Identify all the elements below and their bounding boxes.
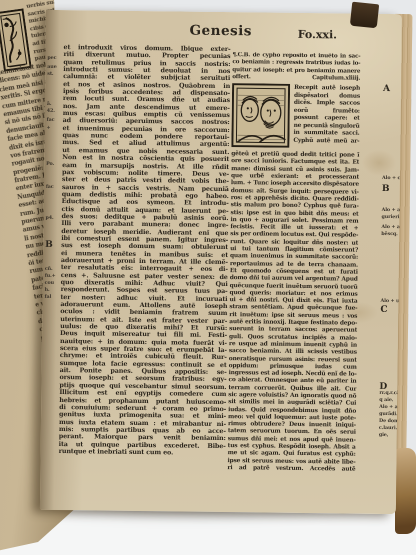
text-line: Cyphũ autẽ meũ ar- — [293, 137, 359, 145]
margin-note: gie, — [379, 432, 389, 438]
margin-note: pec — [47, 55, 56, 61]
margin-note: 42. — [47, 108, 55, 114]
chapter-summary-end: offert. Capitulum.xliiij. — [232, 74, 360, 83]
margin-note: q aie. — [379, 397, 393, 403]
chapter-summary: ¶.C.B. de cypho reposito et inuẽto in sa… — [232, 52, 360, 75]
margin-note: fu.+ — [45, 273, 56, 279]
margin-note: gurieri. — [381, 214, 401, 220]
summary-offert: offert. — [232, 74, 251, 82]
margin-note: Alo + cã. — [382, 175, 402, 181]
recto-page: Genesis Fo.xxi. pecauest.ã.42.fac+Po.fac… — [40, 10, 402, 514]
margin-note: ã. — [47, 101, 52, 107]
right-column-body: gẽteũ et pretiũ quod dedit tritici pone … — [227, 150, 359, 473]
text-line: ri ad patrẽ vestrum. Accedẽs autẽ propiu… — [227, 464, 355, 473]
margin-note: aue — [47, 64, 56, 70]
margin-note: rr.q.r.cã — [379, 390, 399, 396]
margin-note: cñ. — [45, 266, 53, 272]
text-line: quitur ad ioseph: et pro beniamin manere… — [232, 67, 360, 76]
margin-note: st. — [47, 71, 53, 77]
margin-note: fac — [46, 184, 54, 190]
margin-note: fal — [44, 294, 51, 300]
left-text-column: et introduxit viros domum. Ibique exter-… — [59, 44, 231, 457]
folio-number: Fo.xxi. — [298, 28, 337, 41]
margin-note: fac — [47, 117, 55, 123]
fore-edge-curl — [395, 448, 416, 534]
margin-note: B — [45, 240, 53, 250]
margin-note: bẽscq. — [381, 231, 398, 237]
margin-note: B — [382, 184, 390, 194]
margin-note: cou — [45, 280, 54, 286]
margin-note: Alo + au — [382, 207, 402, 213]
wrap-text-lines: Recepit autẽ iosephdispẽsatori domus sue… — [289, 84, 360, 149]
margin-note: + — [47, 125, 51, 131]
margin-note: h. — [45, 287, 50, 293]
margin-note: A — [383, 84, 390, 94]
margin-note: p4. — [45, 215, 53, 221]
margin-note: Alo + aps — [381, 224, 402, 230]
margin-note: gurãdi. — [379, 411, 398, 417]
book-photo: uerbis suãsacris referẽdomichi: respõdic… — [0, 0, 416, 555]
bookmark-tab — [350, 2, 379, 29]
margin-note: C — [380, 305, 387, 315]
chapter-number-label: Capitulum.xliiij. — [312, 75, 360, 83]
margin-note: Po. — [46, 161, 54, 167]
joseph-steward-woodcut-icon — [231, 83, 290, 148]
woodcut-and-wrap-text: Recepit autẽ iosephdispẽsatori domus sue… — [231, 83, 360, 149]
right-text-column: ¶.C.B. de cypho reposito et inuẽto in sa… — [227, 52, 360, 473]
